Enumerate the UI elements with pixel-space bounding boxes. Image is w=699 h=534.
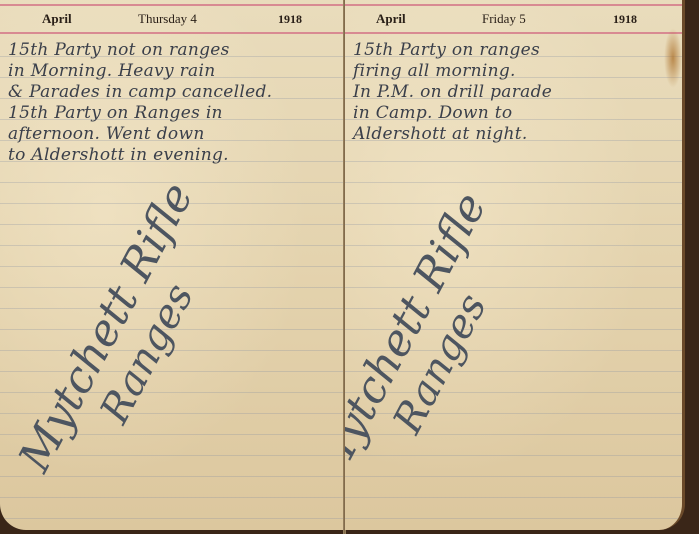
- diary-page-right: April Friday 5 1918 15th Party on ranges…: [345, 0, 685, 530]
- header-year: 1918: [278, 12, 302, 27]
- header-day: Thursday 4: [138, 11, 197, 27]
- page-header: April Thursday 4 1918: [0, 4, 345, 34]
- entry-line: in Camp. Down to: [353, 103, 674, 124]
- entry-line: afternoon. Went down: [8, 124, 337, 145]
- entry-line: & Parades in camp cancelled.: [8, 82, 337, 103]
- entry-line: firing all morning.: [353, 61, 674, 82]
- diary-entry: 15th Party not on ranges in Morning. Hea…: [8, 40, 337, 166]
- diary-spread: April Thursday 4 1918 15th Party not on …: [0, 0, 699, 534]
- entry-line: 15th Party on Ranges in: [8, 103, 337, 124]
- entry-line: in Morning. Heavy rain: [8, 61, 337, 82]
- header-year: 1918: [613, 12, 637, 27]
- entry-line: In P.M. on drill parade: [353, 82, 674, 103]
- diary-page-left: April Thursday 4 1918 15th Party not on …: [0, 0, 345, 530]
- header-day: Friday 5: [482, 11, 526, 27]
- entry-line: 15th Party on ranges: [353, 40, 674, 61]
- entry-line: Aldershott at night.: [353, 124, 674, 145]
- diary-entry: 15th Party on ranges firing all morning.…: [353, 40, 674, 145]
- entry-line: 15th Party not on ranges: [8, 40, 337, 61]
- entry-line: to Aldershott in evening.: [8, 145, 337, 166]
- page-header: April Friday 5 1918: [345, 4, 682, 34]
- header-month: April: [42, 11, 72, 27]
- header-month: April: [376, 11, 406, 27]
